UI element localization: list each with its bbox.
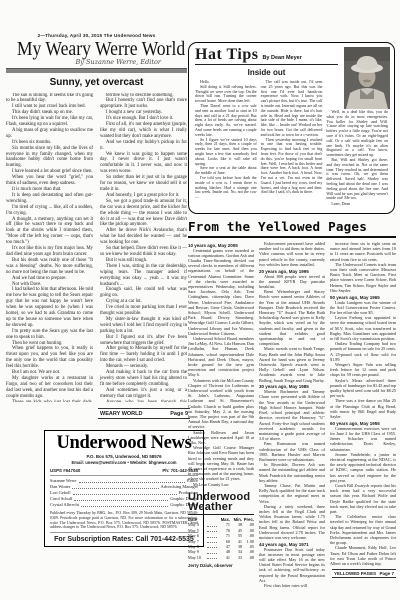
article-paragraph: The calf was inside out. I'd seen one 25… <box>261 80 323 138</box>
continuation-slug: YELLOWED PAGES Page 7 <box>332 569 396 578</box>
yellowed-column-1: 10 years ago, May 2005Centennial grants … <box>188 241 254 593</box>
weather-prec: .08 <box>242 555 254 560</box>
article-paragraph: My daughter works at a restaurant in Far… <box>6 376 93 400</box>
column-title: My Weary Werre World <box>17 39 176 60</box>
weather-title-line2: Weather <box>188 502 254 513</box>
newspaper-contact: Email: unews@westriv.com • Website: bhgn… <box>50 460 198 465</box>
news-paragraph: Coach Bill Zwarych reports that his trac… <box>330 483 396 514</box>
article-paragraph: So rather than let it just sit in the ga… <box>100 175 187 193</box>
publisher-fine-print: Published every Thursday by BHG, Inc., P… <box>50 511 198 533</box>
article-paragraph: I'm tired of crying ... like, all of a s… <box>6 205 93 217</box>
hat-tips-box: Hat Tips By Dean Meyer Inside out Hello.… <box>188 42 395 214</box>
article-paragraph: And honestly, I got a great price for it… <box>100 193 187 199</box>
article-paragraph: Anyone who has been through this underst… <box>100 400 187 402</box>
continuation-slug: WEARY WORLD Page 9 <box>98 408 190 419</box>
hat-tips-headline: Inside out <box>195 68 338 77</box>
article-paragraph: Then yesterday morning I reached in one … <box>261 138 323 196</box>
hat-tips-column-3-text: Well, in a deal like this, you do what y… <box>326 110 388 201</box>
article-paragraph: When you hear the word "grief," you thin… <box>6 175 93 187</box>
article-paragraph: We knew it was going to happen some day.… <box>100 152 187 176</box>
yellowed-column-1-text: 10 years ago, May 2005Centennial grants … <box>188 243 254 487</box>
dotted-leader <box>72 488 158 489</box>
news-paragraph: In Riverdale, Doreen Ash was named the o… <box>259 462 325 483</box>
weather-min: 33 <box>230 555 242 560</box>
article-paragraph: The sun is shining. It seems like it's g… <box>6 93 93 105</box>
article-paragraph: My sister-in-law thought it was kind of … <box>100 317 187 335</box>
news-paragraph: Marvin Bachmeier and Tammy Chase were pr… <box>259 389 325 441</box>
weather-table-rows: May 47138.00May 57645.00May 67155.00May … <box>188 522 254 560</box>
dotted-leader <box>73 494 177 495</box>
hat-tips-byline: By Dean Meyer <box>262 55 301 61</box>
newspaper-name: Underwood News <box>50 434 198 453</box>
slug-page: Page 7 <box>379 571 394 576</box>
slug-label: YELLOWED PAGES <box>334 571 376 576</box>
weather-date: May 10 <box>188 555 206 560</box>
weary-werre-column: 2—Thursday, April 30, 2015 The Underwood… <box>6 33 187 402</box>
staff-list: Suzanne WerreEditorDan WinterAdvertising… <box>50 478 198 508</box>
news-paragraph: Jerome Vandeheide, a junior in electrica… <box>330 452 396 483</box>
article-paragraph: And making it back to the car from the j… <box>100 370 187 388</box>
hat-tips-title: Hat Tips <box>195 47 258 63</box>
article-paragraph: Still doing it. Still calving heifers. T… <box>195 85 257 104</box>
article-paragraph: I had talked to him that afternoon. He t… <box>6 287 93 328</box>
article-paragraph: It's been lying in wait for me, like my … <box>6 116 93 128</box>
news-paragraph: Linda Landgren was the winner of the Soi… <box>330 300 396 316</box>
article-paragraph: A thought, a memory, anything can set it… <box>6 217 93 247</box>
article-paragraph: But, Will and Shirley got there, and the… <box>326 158 388 201</box>
news-paragraph: There was a free dance on Mar 25 at the … <box>330 398 396 419</box>
portrait-illustration <box>344 47 390 109</box>
news-paragraph: About 800 people were served at the annu… <box>259 274 325 290</box>
article-paragraph: I've cried in more parking lots than I e… <box>100 305 187 317</box>
article-paragraph: A big mass of gray waiting to swallow me… <box>6 128 93 140</box>
article-headline: Sunny, yet overcast <box>6 77 187 88</box>
staff-row: Crystal AlbrechtGraphic Design <box>50 502 198 508</box>
news-paragraph: Music awards went to Sarah Tonge, Kary B… <box>259 346 325 382</box>
article-paragraph: Enough said. He could tell what was goin… <box>100 287 187 299</box>
yellowed-column-3: increase from six to eight cents an ounc… <box>330 241 396 593</box>
slug-page: Page 9 <box>170 411 188 417</box>
usps-phone-row: USPS #647040 Ph: 701-442-5535 <box>50 468 198 476</box>
article-paragraph: So that helped. Dave didn't even like it… <box>100 246 187 258</box>
article-paragraph: These are kids who just lost their dads.… <box>6 400 93 402</box>
news-paragraph: Claude Mummert, Eddy Hoff, Leo Tauer, Ed… <box>330 545 396 566</box>
newspaper-address: P.O. Box 575, Underwood, ND 58576 <box>50 454 198 459</box>
news-paragraph: Sayler's Meats advertised three pounds o… <box>330 378 396 399</box>
hat-tips-column-2: The calf was inside out. I'd seen one 25… <box>261 80 323 208</box>
hat-tips-header: Hat Tips By Dean Meyer <box>195 47 338 65</box>
hat-tips-column-1: Hello.Still doing it. Still calving heif… <box>195 80 257 208</box>
news-paragraph: Volunteers with the McLean County Chapte… <box>188 378 254 430</box>
news-paragraph: Centennial grants were awarded to variou… <box>188 248 254 336</box>
masthead-box: Underwood News P.O. Box 575, Underwood, … <box>44 430 204 547</box>
article-paragraph: When grief happens to you, it really is … <box>6 346 93 370</box>
article-paragraph: And we traded my hubby's pickup in for i… <box>100 140 187 152</box>
news-paragraph: Postmaster Don Scott said today that inc… <box>259 547 325 583</box>
news-paragraph: Sandra Bollesen and Jason Landsberger we… <box>188 430 254 446</box>
weather-block: Underwood Weather Date Max. Min. Prec. M… <box>188 492 254 568</box>
yellowed-column-3-text: increase from six to eight cents an ounc… <box>330 241 396 566</box>
article-paragraph: It is deep and devastating and often gut… <box>6 193 93 205</box>
dotted-leader <box>81 506 168 507</box>
article-paragraph: But his death was really one of those "I… <box>6 258 93 276</box>
news-paragraph: Tammy Chase, Pat Martin and Kelly Auck q… <box>259 483 325 504</box>
news-paragraph: Commencement exercises were set for June… <box>330 426 396 452</box>
usps-number: USPS #647040 <box>50 468 80 473</box>
slug-label: WEARY WORLD <box>100 411 142 417</box>
weather-title: Underwood Weather <box>188 492 254 516</box>
news-paragraph: Underwood School Board members Jim LeMay… <box>188 336 254 378</box>
news-paragraph: First class letter rates will <box>259 583 325 588</box>
article-paragraph: So I figure we've started 10 days early,… <box>195 138 257 167</box>
article-paragraph: Then Darrel went to a cow sale and sent … <box>195 104 257 138</box>
news-paragraph: The Underwood Comets track team won thei… <box>330 262 396 293</box>
article-column-1: The sun is shining. It seems like it's g… <box>6 93 93 402</box>
article-paragraph: Well, in a deal like this, you do what y… <box>326 110 388 158</box>
article-paragraph: Six months since my life, and the lives … <box>6 146 93 170</box>
article-paragraph: So, we got a good trade-in amount for it… <box>100 199 187 229</box>
article-paragraph: It's not like this is my first major los… <box>6 246 93 258</box>
news-paragraph: During a rainy weekend, three inches fel… <box>259 504 325 540</box>
news-paragraph: Enforcement personnel have added another… <box>259 241 325 267</box>
news-paragraph: Brent Weisenberger and Stacey Bosch were… <box>259 289 325 346</box>
article-paragraph: I've told you before how dark the inside… <box>195 176 257 200</box>
newspaper-page: { "page": { "header": "2—Thursday, April… <box>0 0 400 600</box>
dotted-leader <box>79 482 186 483</box>
article-body: The sun is shining. It seems like it's g… <box>6 93 187 402</box>
yellowed-pages-body: 10 years ago, May 2005Centennial grants … <box>188 241 396 593</box>
news-paragraph: Layton Freborg was appointed to serve th… <box>330 315 396 341</box>
title-rule <box>6 68 187 73</box>
weather-row: May 104133.08 <box>188 555 254 560</box>
dean-meyer-portrait-photo <box>344 47 390 109</box>
news-paragraph: increase from six to eight cents an ounc… <box>330 241 396 262</box>
weather-observer: Jerry Dziuk, observer <box>188 563 254 568</box>
yellowed-column-2: Enforcement personnel have added another… <box>259 241 325 593</box>
news-paragraph: Pam Rasmusson was named valedictorian of… <box>259 441 325 462</box>
article-paragraph: First of all, it's not deep amethyst (pu… <box>100 122 187 140</box>
yellowed-pages-title: From the Yellowed Pages <box>188 219 396 238</box>
weather-max: 41 <box>218 555 230 560</box>
article-column-2: terrible way to describe something.But I… <box>100 93 187 402</box>
news-paragraph: Wenger's Super Valu was selling fresh le… <box>330 362 396 378</box>
news-paragraph: Westridge Golf Course Manager Rita Johns… <box>188 445 254 481</box>
news-paragraph: McLean County Law <box>188 482 254 487</box>
dotted-leader <box>74 500 168 501</box>
article-paragraph: I'm pretty sure the Sears guy was the la… <box>6 329 93 341</box>
subscription-line: For Subscription Rates: Call 701-442-553… <box>50 536 198 543</box>
article-paragraph: But I figured out it's after I've been s… <box>100 335 187 347</box>
article-paragraph: After he drove Nick's Avalanche, that's … <box>100 228 187 246</box>
staff-name: Crystal Albrecht <box>50 502 79 508</box>
article-paragraph: After going to Menards by myself for the… <box>100 346 187 364</box>
yellowed-pages-section: From the Yellowed Pages 10 years ago, Ma… <box>188 219 396 593</box>
news-paragraph: The Coleharbor senior class traveled to … <box>330 514 396 545</box>
signoff: Later, Dean <box>326 202 388 207</box>
article-paragraph: And sometimes it's just a song or a memo… <box>100 388 187 400</box>
article-paragraph: But I honestly can't find one that's mor… <box>100 98 187 110</box>
article-paragraph: There I was, sitting in the car dealersh… <box>100 264 187 288</box>
news-paragraph: Outlaw Trading Company had two pounds of… <box>330 341 396 362</box>
